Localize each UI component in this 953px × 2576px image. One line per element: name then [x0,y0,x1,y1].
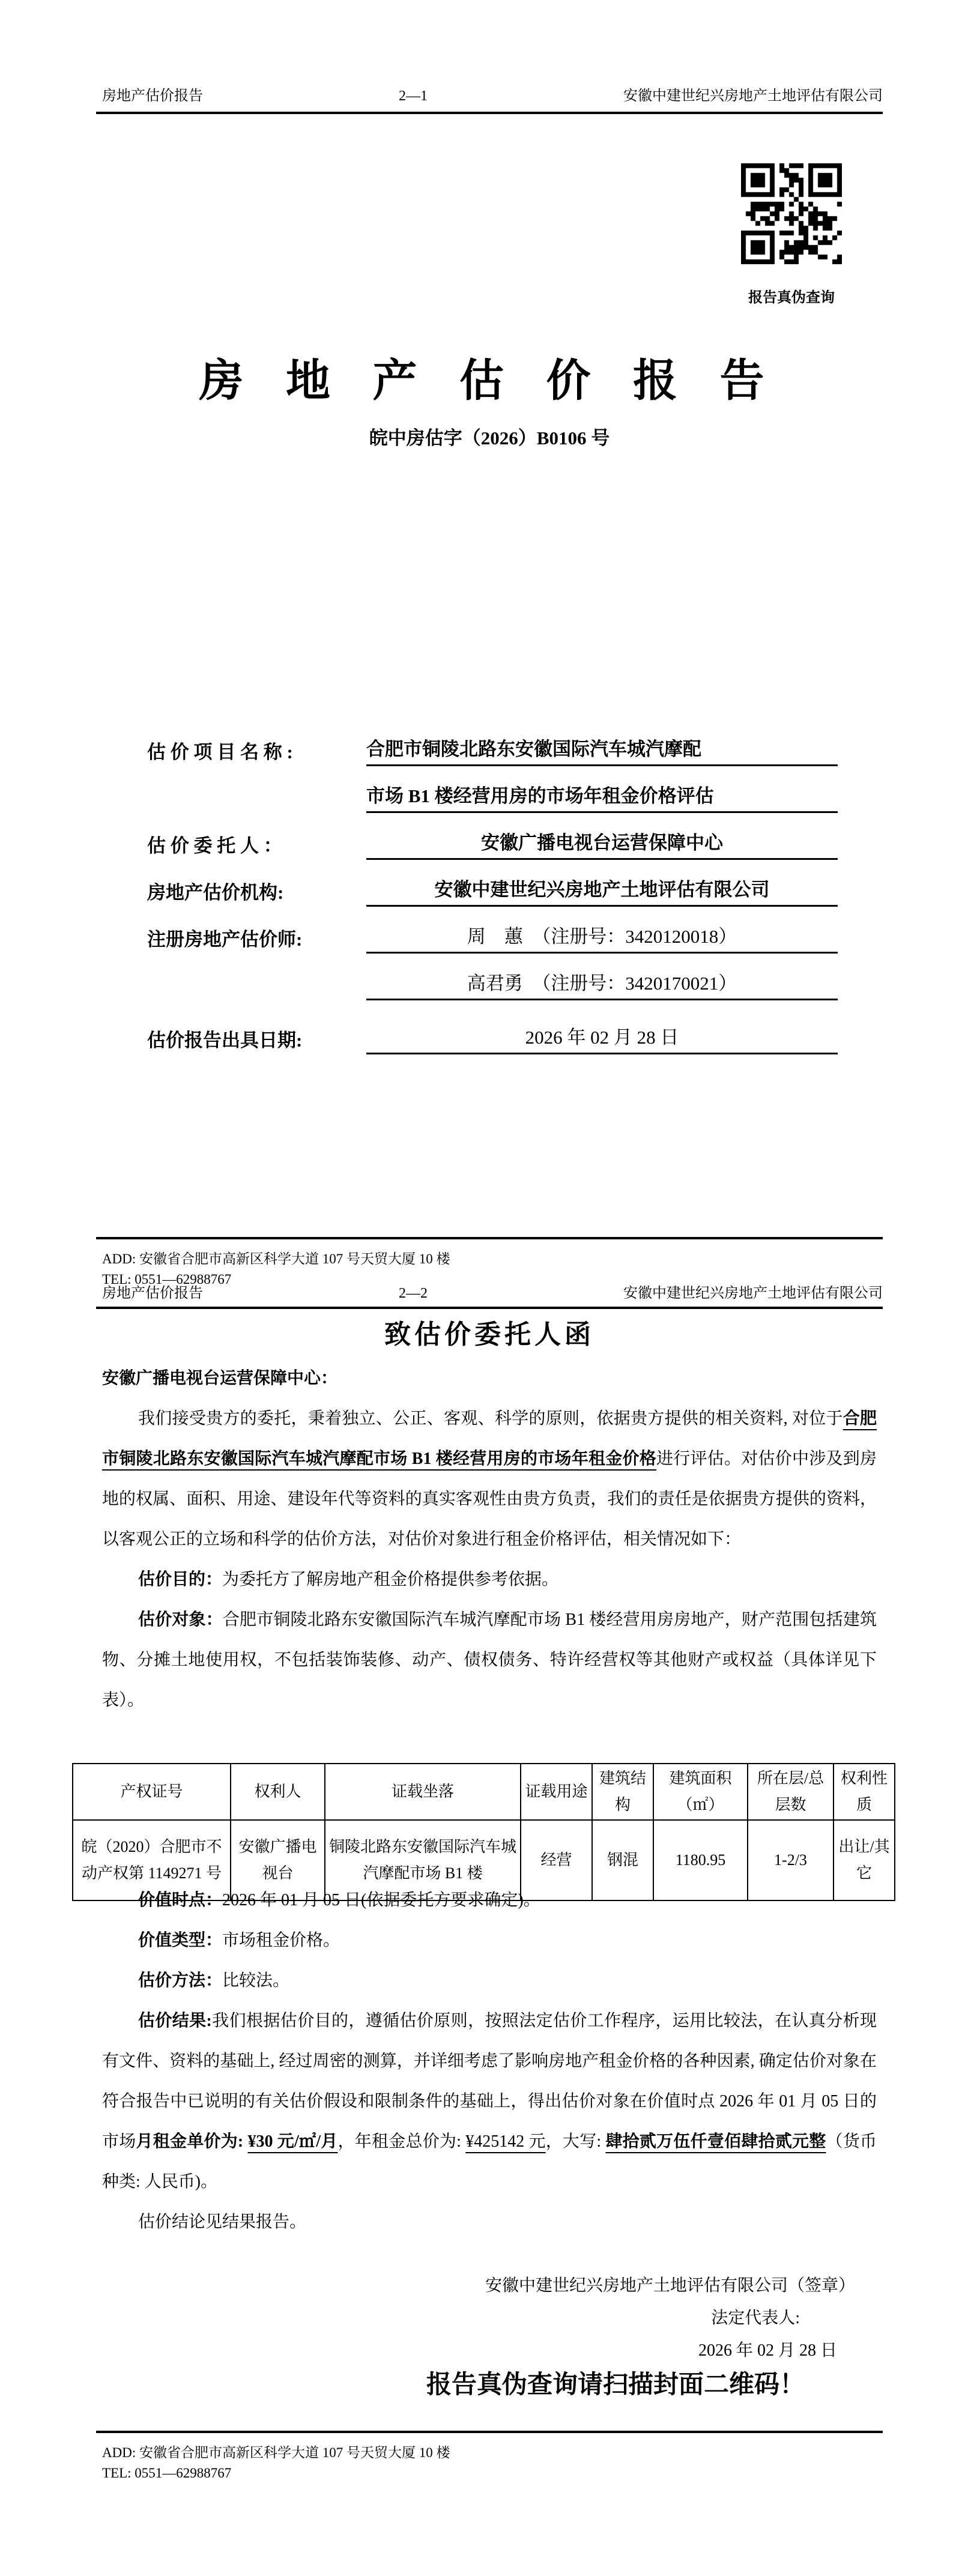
page1-footer-rule [96,1237,883,1239]
value-date-text: 2026 年 01 月 05 日(依据委托方要求确定)。 [222,1891,540,1909]
field-value: 安徽中建世纪兴房地产土地评估有限公司 [366,874,838,907]
page2-footer-telephone: TEL: 0551—62988767 [102,2466,883,2481]
field-value: 市场 B1 楼经营用房的市场年租金价格评估 [366,781,838,813]
letter-body-bottom: 价值时点：2026 年 01 月 05 日(依据委托方要求确定)。 价值类型：市… [102,1880,877,2242]
col-right-nature: 权利性质 [833,1764,895,1820]
field-agency: 房地产估价机构: 安徽中建世纪兴房地产土地评估有限公司 [147,860,838,907]
page2-header-doc-type: 房地产估价报告 [102,1285,203,1302]
signature-date: 2026 年 02 月 28 日 [102,2337,877,2361]
field-label: 估价报告出具日期: [147,1025,366,1054]
col-area: 建筑面积（㎡） [653,1764,748,1820]
field-project-name: 估 价 项 目 名 称 : 合肥市铜陵北路东安徽国际汽车城汽摩配 [147,719,838,766]
unit-price-value: ¥30 元/㎡/月 [248,2132,338,2151]
page2-footer-address: ADD: 安徽省合肥市高新区科学大道 107 号天贸大厦 10 楼 [102,2441,883,2461]
letter-title: 致估价委托人函 [96,1313,883,1351]
page1-header-company: 安徽中建世纪兴房地产土地评估有限公司 [623,88,883,104]
field-project-name-cont: 市场 B1 楼经营用房的市场年租金价格评估 [147,766,838,813]
page1-header-rule [96,112,883,114]
field-value: 周 蕙 （注册号：3420120018） [366,921,838,954]
intro-pre: 我们接受贵方的委托，秉着独立、公正、客观、科学的原则，依据贵方提供的相关资料, … [138,1409,843,1428]
amount-in-capital: 肆拾贰万伍仟壹佰肆拾贰元整 [605,2132,826,2151]
scan-qr-notice: 报告真伪查询请扫描封面二维码！ [102,2365,877,2401]
letter-intro-paragraph: 我们接受贵方的委托，秉着独立、公正、客观、科学的原则，依据贵方提供的相关资料, … [102,1398,877,1559]
value-type-line: 价值类型：市场租金价格。 [102,1920,877,1961]
cover-fields: 估 价 项 目 名 称 : 合肥市铜陵北路东安徽国际汽车城汽摩配 市场 B1 楼… [147,719,838,1054]
field-label: 房地产估价机构: [147,877,366,907]
method-line: 估价方法：比较法。 [102,1961,877,2001]
unit-price-label: 月租金单价为: [136,2132,243,2151]
page2-header-rule [96,1307,883,1309]
purpose-line: 估价目的：为委托方了解房地产租金价格提供参考依据。 [102,1559,877,1600]
field-label [147,998,366,1000]
property-table-header-row: 产权证号 权利人 证载坐落 证载用途 建筑结构 建筑面积（㎡） 所在层/总层数 … [73,1764,895,1820]
field-client: 估 价 委 托 人 ： 安徽广播电视台运营保障中心 [147,813,838,860]
field-label: 注册房地产估价师: [147,924,366,954]
conclusion-line: 估价结论见结果报告。 [102,2202,877,2242]
result-sep2: ，大写: [546,2132,602,2151]
page2-header-company: 安徽中建世纪兴房地产土地评估有限公司 [623,1285,883,1302]
result-paragraph: 估价结果:我们根据估价目的，遵循估价原则，按照法定估价工作程序，运用比较法，在认… [102,2001,877,2202]
purpose-text: 为委托方了解房地产租金价格提供参考依据。 [222,1570,558,1589]
field-appraiser-2: 高君勇 （注册号：3420170021） [147,954,838,1000]
col-cert-no: 产权证号 [73,1764,231,1820]
page2-header: 房地产估价报告 2—2 安徽中建世纪兴房地产土地评估有限公司 [102,1285,883,1302]
result-text: 我们根据估价目的，遵循估价原则，按照法定估价工作程序，运用比较法，在认真分析现有… [102,2012,877,2151]
field-issue-date: 估价报告出具日期: 2026 年 02 月 28 日 [147,1008,838,1054]
object-label: 估价对象： [138,1610,223,1629]
report-number: 皖中房估字（2026）B0106 号 [96,423,883,450]
method-text: 比较法。 [222,1971,289,1990]
page1-header-doc-type: 房地产估价报告 [102,88,203,104]
report-main-title: 房 地 产 估 价 报 告 [96,345,883,409]
qr-caption: 报告真伪查询 [739,285,844,306]
qr-code-block: 报告真伪查询 [739,163,844,306]
result-sep1: ，年租金总价为: [338,2132,461,2151]
letter-salutation: 安徽广播电视台运营保障中心： [102,1358,877,1398]
legal-representative: 法定代表人: [102,2305,877,2329]
col-structure: 建筑结构 [592,1764,653,1820]
page2-header-page-number: 2—2 [399,1285,428,1302]
qr-code-image [741,163,842,264]
field-label: 估 价 项 目 名 称 : [147,737,366,766]
field-value: 安徽广播电视台运营保障中心 [366,827,838,860]
result-label: 估价结果: [138,2012,212,2030]
field-label: 估 价 委 托 人 ： [147,830,366,860]
page2-footer-rule [96,2431,883,2433]
method-label: 估价方法： [138,1971,222,1990]
value-date-line: 价值时点：2026 年 01 月 05 日(依据委托方要求确定)。 [102,1880,877,1920]
field-label [147,811,366,813]
appraisal-report-document: { "colors": {"text": "#000000", "backgro… [0,0,953,2576]
page1-header: 房地产估价报告 2—1 安徽中建世纪兴房地产土地评估有限公司 [102,88,883,104]
value-type-label: 价值类型： [138,1931,222,1950]
col-floor: 所在层/总层数 [748,1764,833,1820]
field-value: 高君勇 （注册号：3420170021） [366,968,838,1000]
value-type-text: 市场租金价格。 [222,1931,340,1950]
signature-company: 安徽中建世纪兴房地产土地评估有限公司（签章） [102,2272,877,2296]
value-date-label: 价值时点： [138,1891,222,1909]
field-appraiser-1: 注册房地产估价师: 周 蕙 （注册号：3420120018） [147,907,838,954]
col-use: 证载用途 [521,1764,592,1820]
object-paragraph: 估价对象：合肥市铜陵北路东安徽国际汽车城汽摩配市场 B1 楼经营用房房地产，财产… [102,1600,877,1720]
field-value: 2026 年 02 月 28 日 [366,1022,838,1054]
letter-body-top: 安徽广播电视台运营保障中心： 我们接受贵方的委托，秉着独立、公正、客观、科学的原… [102,1358,877,1720]
page1-header-page-number: 2—1 [399,88,428,104]
page1-footer-address: ADD: 安徽省合肥市高新区科学大道 107 号天贸大厦 10 楼 [102,1248,883,1268]
purpose-label: 估价目的： [138,1570,222,1589]
col-location: 证载坐落 [325,1764,521,1820]
total-price-value: ¥425142 元 [465,2132,545,2151]
field-value: 合肥市铜陵北路东安徽国际汽车城汽摩配 [366,734,838,766]
col-right-holder: 权利人 [231,1764,325,1820]
